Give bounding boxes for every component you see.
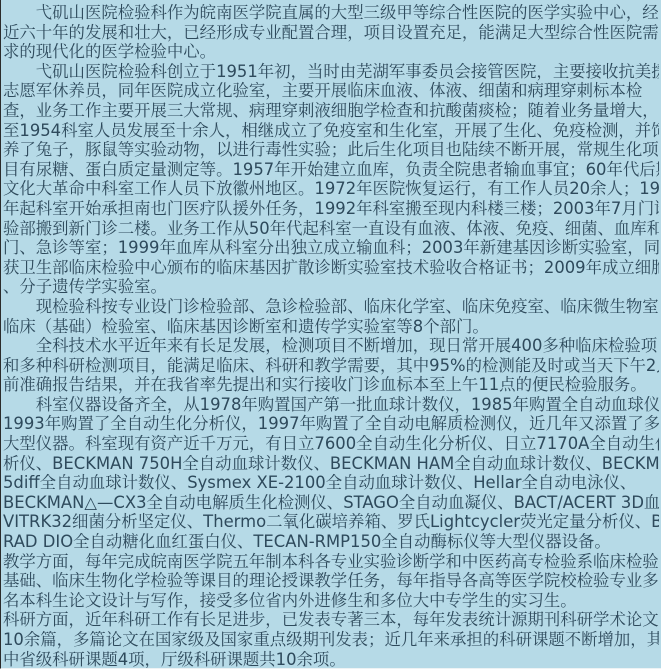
text-line: 志愿军休养员，同年医院成立化验室，主要开展临床血液、体液、细菌和病理穿刺标本检 [3, 81, 659, 101]
text-line: 析仪、BECKMAN 750H全自动血球计数仪、BECKMAN HAM全自动血球… [3, 454, 659, 474]
text-line: 1993年购置了全自动生化分析仪，1997年购置了全自动电解质检测仪，近几年又添… [3, 414, 659, 434]
document-page: 弋矶山医院检验科作为皖南医学院直属的大型三级甲等综合性医院的医学实验中心，经过近… [1, 0, 661, 668]
text-line: 近六十年的发展和壮大，已经形成专业配置合理，项目设置充足，能满足大型综合性医院需 [3, 23, 659, 43]
document-text: 弋矶山医院检验科作为皖南医学院直属的大型三级甲等综合性医院的医学实验中心，经过近… [1, 0, 661, 669]
text-line: 目有尿糖、蛋白质定量测定等。1957年开始建立血库，负责全院患者输血事宜；60年… [3, 160, 659, 180]
text-line: 查，业务工作主要开展三大常规、病理穿刺液细胞学检查和抗酸菌痰检；随着业务量增大， [3, 101, 659, 121]
text-line: 门、急诊等室；1999年血库从科室分出独立成立输血科；2003年新建基因诊断实验… [3, 238, 659, 258]
text-line: 弋矶山医院检验科作为皖南医学院直属的大型三级甲等综合性医院的医学实验中心，经过 [3, 3, 659, 23]
text-line: 全科技术水平近年来有长足发展，检测项目不断增加，现日常开展400多种临床检验项目 [3, 336, 659, 356]
text-line: 科室仪器设备齐全，从1978年购置国产第一批血球计数仪，1985年购置全自动血球… [3, 395, 659, 415]
text-line: 大型仪器。科室现有资产近千万元，有日立7600全自动生化分析仪、日立7170A全… [3, 434, 659, 454]
text-line: 求的现代化的医学检验中心。 [3, 42, 659, 62]
text-line: 获卫生部临床检验中心颁布的临床基因扩散诊断实验室技术验收合格证书；2009年成立… [3, 258, 659, 278]
text-line: 验部搬到新门诊二楼。业务工作从50年代起科室一直设有血液、体液、免疫、细菌、血库… [3, 219, 659, 239]
text-line: 和多种科研检测项目，能满足临床、科研和教学需要，其中95%的检测能及时或当天下午… [3, 356, 659, 376]
text-line: 5diff全自动血球计数仪、Sysmex XE-2100全自动血球计数仪、Hel… [3, 473, 659, 493]
text-line: 临床（基础）检验室、临床基因诊断室和遗传学实验室等8个部门。 [3, 317, 659, 337]
text-line: BECKMAN△—CX3全自动电解质生化检测仪、STAGO全自动血凝仪、BACT… [3, 493, 659, 513]
text-line: 10余篇，多篇论文在国家级及国家重点级期刊发表；近几年来承担的科研课题不断增加，… [3, 630, 659, 650]
text-line: 文化大革命中科室工作人员下放徽州地区。1972年医院恢复运行，有工作人员20余人… [3, 179, 659, 199]
text-line: 、分子遗传学实验室。 [3, 277, 659, 297]
text-line: VITRK32细菌分析坚定仪、Thermo二氧化碳培养箱、罗氏Lightcycl… [3, 512, 659, 532]
text-line: 现检验科按专业设门诊检验部、急诊检验部、临床化学室、临床免疫室、临床微生物室、 [3, 297, 659, 317]
text-line: 至1954科室人员发展至十余人，相继成立了免疫室和生化室，开展了生化、免疫检测，… [3, 121, 659, 141]
text-line: 养了兔子，豚鼠等实验动物，以进行毒性实验；此后生化项目也陆续不断开展，常规生化项 [3, 140, 659, 160]
text-line: 弋矶山医院检验科创立于1951年初，当时由芜湖军事委员会接管医院，主要接收抗美援… [3, 62, 659, 82]
text-line: 年起科室开始承担南也门医疗队援外任务，1992年科室搬至现内科楼三楼；2003年… [3, 199, 659, 219]
text-line: 教学方面，每年完成皖南医学院五年制本科各专业实验诊断学和中医药高专检验系临床检验 [3, 552, 659, 572]
text-line: 中省级科研课题4项，厅级科研课题共10余项。 [3, 650, 659, 669]
text-line: 科研方面，近年科研工作有长足进步，已发表专著三本，每年发表统计源期刊科研学术论文 [3, 610, 659, 630]
text-line: 基础、临床生物化学检验等课目的理论授课教学任务，每年指导各高等医学院校检验专业多 [3, 571, 659, 591]
text-line: 名本科生论文设计与写作，接受多位省内外进修生和多位大中专学生的实习生。 [3, 591, 659, 611]
text-line: 前准确报告结果，并在我省率先提出和实行接收门诊血标本至上午11点的便民检验服务。 [3, 375, 659, 395]
text-line: RAD DIO全自动糖化血红蛋白仪、TECAN-RMP150全自动酶标仪等大型仪… [3, 532, 659, 552]
